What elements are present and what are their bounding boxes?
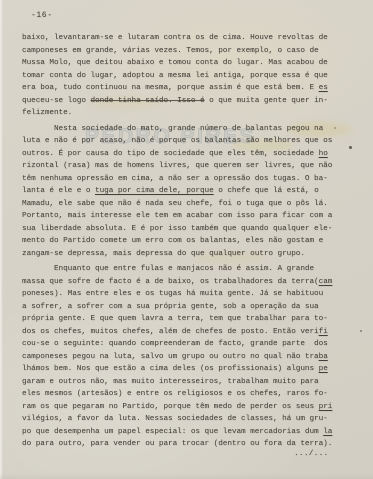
text-line: outros. É por causa do tipo de sociedade… xyxy=(22,148,352,161)
paragraph: Nesta sociedade do mato, grande número d… xyxy=(22,123,352,261)
text-line: ram os que pegaram no Partido, porque tê… xyxy=(22,401,352,414)
scanned-page: PEDRO PIRES -16- baixo, levantaram-se e … xyxy=(0,0,373,479)
text-line: luta e não é por acaso, não é porque os … xyxy=(22,135,352,148)
text-line: rizontal (rasa) mas de homens livres, qu… xyxy=(22,160,352,173)
text-line: sua liberdade absoluta. E é por isso tam… xyxy=(22,223,352,236)
text-line: camponeses pegou na luta, salvo um grupo… xyxy=(22,351,352,364)
scan-edge-left xyxy=(0,0,3,479)
text-line: Mamadu, ele sabe que não é nada seu chef… xyxy=(22,198,352,211)
scan-edge-bottom xyxy=(0,473,373,479)
text-line: camponeses em grande, várias vezes. Temo… xyxy=(22,45,352,58)
text-line: vilégios, a favor da luta. Nessas socied… xyxy=(22,413,352,426)
text-line: tomar conta do lugar, adoptou a mesma le… xyxy=(22,70,352,83)
text-line: lhámos bem. Nos que estão a cima deles (… xyxy=(22,363,352,376)
text-line: queceu-se logo donde tinha saído. Isso é… xyxy=(22,95,352,108)
text-line: a sofrer, a sofrer com a sua própria gen… xyxy=(22,301,352,314)
text-line: do para outro, para vender ou para troca… xyxy=(22,438,352,451)
text-line: baixo, levantaram-se e lutaram contra os… xyxy=(22,32,352,45)
page-number: -16- xyxy=(31,11,53,20)
text-line: cou-se o seguinte: quando compreenderam … xyxy=(22,338,352,351)
text-line: poneses). Mas entre eles e os tugas há m… xyxy=(22,288,352,301)
continuation-marker: .../... xyxy=(294,450,328,458)
text-line: po que desempenha um papel especial: os … xyxy=(22,426,352,439)
text-line: Mussa Molo, que deitou abaixo e tomou co… xyxy=(22,57,352,70)
paper-speck xyxy=(360,330,362,332)
text-line: Enquanto que entre fulas e manjacos não … xyxy=(22,263,352,276)
text-line: Portanto, mais interesse ele tem em acab… xyxy=(22,210,352,223)
text-line: Nesta sociedade do mato, grande número d… xyxy=(22,123,352,136)
text-line: mento do Partido comete um erro com os b… xyxy=(22,235,352,248)
text-line: garam e outros não, mas muito interessei… xyxy=(22,376,352,389)
text-line: dos os chefes, muitos chefes, além de ch… xyxy=(22,326,352,339)
paragraph: baixo, levantaram-se e lutaram contra os… xyxy=(22,32,352,120)
text-line: eles mesmos (artesãos) e entre os religi… xyxy=(22,388,352,401)
text-line: zangam-se depressa, mais depressa do que… xyxy=(22,248,352,261)
text-line: era boa, tudo continuou na mesma, porque… xyxy=(22,82,352,95)
text-line: lanta é ele e o tuga por cima dele, porq… xyxy=(22,185,352,198)
paragraph: Enquanto que entre fulas e manjacos não … xyxy=(22,263,352,451)
text-line: massa que sofre de facto é a de baixo, o… xyxy=(22,276,352,289)
text-line: felizmente. xyxy=(22,107,352,120)
typewritten-text: baixo, levantaram-se e lutaram contra os… xyxy=(22,32,352,451)
text-line: própria gente. E que quem lavra a terra,… xyxy=(22,313,352,326)
text-line: têm nenhuma opressão em cima, a não ser … xyxy=(22,173,352,186)
